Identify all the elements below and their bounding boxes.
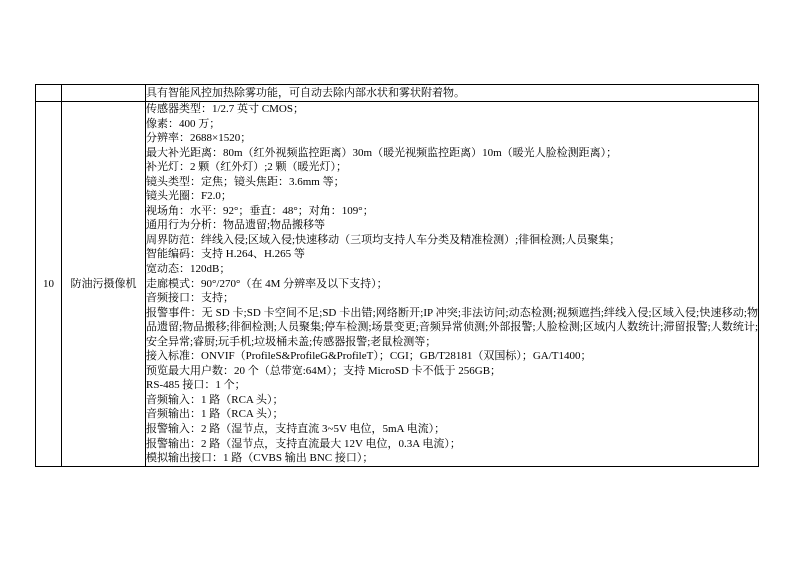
spec-line-wdr: 宽动态：120dB； — [146, 262, 758, 277]
item-name: 防油污摄像机 — [71, 278, 137, 290]
spec-line-analog-out: 模拟输出接口：1 路（CVBS 输出 BNC 接口）； — [146, 451, 758, 466]
spec-line-rs485: RS-485 接口：1 个； — [146, 378, 758, 393]
spec-line-lens-type: 镜头类型：定焦；镜头焦距：3.6mm 等； — [146, 175, 758, 190]
spec-line-audio-interface: 音频接口：支持； — [146, 291, 758, 306]
feature-note-cell: 具有智能风控加热除雾功能，可自动去除内部水状和雾状附着物。 — [146, 85, 759, 102]
spec-line-alarm-in: 报警输入：2 路（湿节点，支持直流 3~5V 电位，5mA 电流）； — [146, 422, 758, 437]
item-number-cell-empty — [36, 85, 62, 102]
spec-line-smart-encoding: 智能编码：支持 H.264、H.265 等 — [146, 247, 758, 262]
document-page: 具有智能风控加热除雾功能，可自动去除内部水状和雾状附着物。 10 防油污摄像机 … — [0, 0, 793, 561]
feature-note-text: 具有智能风控加热除雾功能，可自动去除内部水状和雾状附着物。 — [146, 87, 465, 99]
table-row-continuation: 具有智能风控加热除雾功能，可自动去除内部水状和雾状附着物。 — [36, 85, 759, 102]
spec-line-fov: 视场角：水平：92°；垂直：48°；对角：109°； — [146, 204, 758, 219]
specs-cell: 传感器类型：1/2.7 英寸 CMOS； 像素：400 万； 分辨率：2688×… — [146, 102, 759, 467]
item-number-cell: 10 — [36, 102, 62, 467]
table-row-main: 10 防油污摄像机 传感器类型：1/2.7 英寸 CMOS； 像素：400 万；… — [36, 102, 759, 467]
item-name-cell: 防油污摄像机 — [62, 102, 146, 467]
spec-line-behavior-analysis: 通用行为分析：物品遗留;物品搬移等 — [146, 218, 758, 233]
spec-line-perimeter: 周界防范：绊线入侵;区域入侵;快速移动（三项均支持人车分类及精准检测）;徘徊检测… — [146, 233, 758, 248]
item-number: 10 — [43, 278, 54, 290]
spec-line-max-users: 预览最大用户数：20 个（总带宽:64M）；支持 MicroSD 卡不低于 25… — [146, 364, 758, 379]
equipment-spec-table: 具有智能风控加热除雾功能，可自动去除内部水状和雾状附着物。 10 防油污摄像机 … — [35, 84, 759, 467]
spec-line-alarm-events: 报警事件：无 SD 卡;SD 卡空间不足;SD 卡出错;网络断开;IP 冲突;非… — [146, 306, 758, 350]
spec-line-alarm-out: 报警输出：2 路（湿节点，支持直流最大 12V 电位，0.3A 电流）； — [146, 437, 758, 452]
spec-line-standards: 接入标准：ONVIF（ProfileS&ProfileG&ProfileT）；C… — [146, 349, 758, 364]
spec-line-resolution: 分辨率：2688×1520； — [146, 131, 758, 146]
spec-line-corridor-mode: 走廊模式：90°/270°（在 4M 分辨率及以下支持）； — [146, 277, 758, 292]
item-name-cell-empty — [62, 85, 146, 102]
spec-line-pixels: 像素：400 万； — [146, 117, 758, 132]
spec-line-fill-lights: 补光灯：2 颗（红外灯）;2 颗（暖光灯）； — [146, 160, 758, 175]
spec-line-fill-light-dist: 最大补光距离：80m（红外视频监控距离）30m（暖光视频监控距离）10m（暖光人… — [146, 146, 758, 161]
spec-line-sensor-type: 传感器类型：1/2.7 英寸 CMOS； — [146, 102, 758, 117]
spec-line-audio-in: 音频输入：1 路（RCA 头）； — [146, 393, 758, 408]
spec-line-aperture: 镜头光圈：F2.0； — [146, 189, 758, 204]
spec-line-audio-out: 音频输出：1 路（RCA 头）； — [146, 407, 758, 422]
